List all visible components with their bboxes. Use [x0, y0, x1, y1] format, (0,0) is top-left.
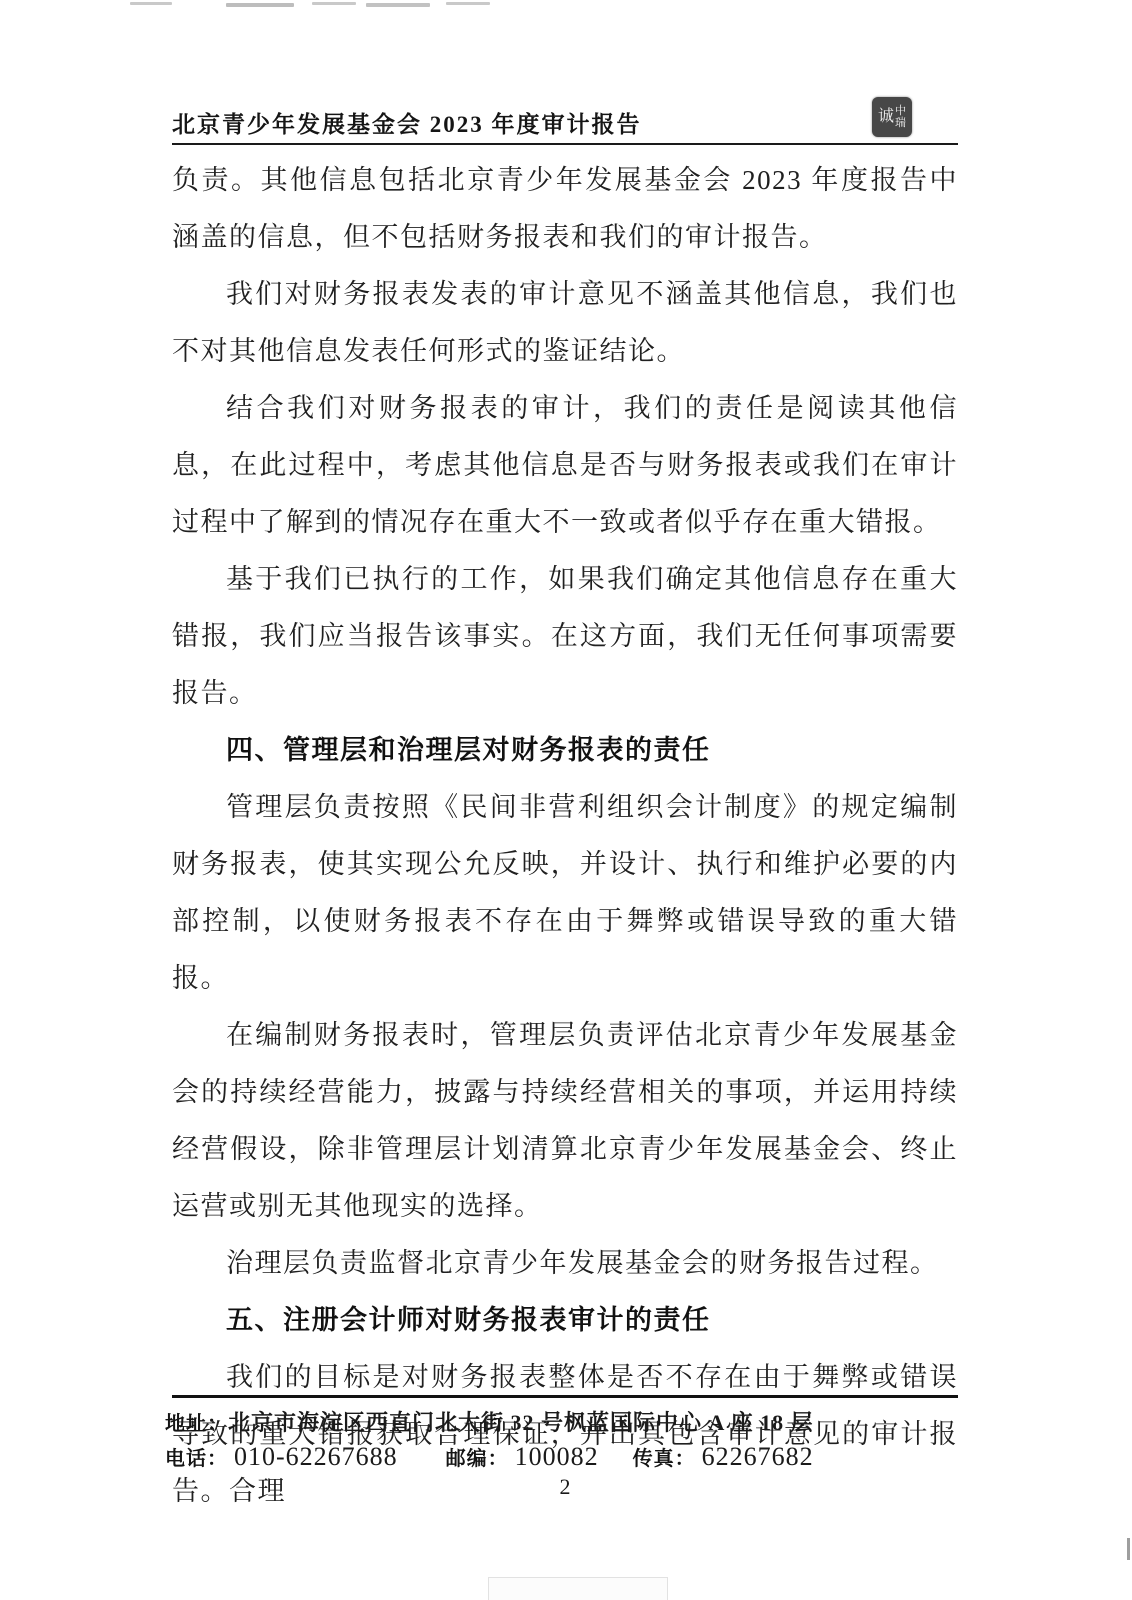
audit-firm-seal-logo: 诚 中 瑞 — [872, 97, 912, 137]
footer-contact-line: 电话： 010-62267688 邮编： 100082 传真： 62267682 — [165, 1442, 814, 1472]
seal-char-zhong: 中 — [895, 105, 906, 117]
seal-char-rui: 瑞 — [895, 117, 906, 129]
page-number: 2 — [172, 1474, 958, 1500]
scan-artifact — [130, 2, 172, 5]
paragraph-governance-oversight: 治理层负责监督北京青少年发展基金会的财务报告过程。 — [172, 1235, 958, 1292]
scan-artifact — [366, 3, 430, 7]
header-divider — [172, 143, 958, 145]
fax-value: 62267682 — [702, 1442, 814, 1472]
paragraph-audit-opinion-scope: 我们对财务报表发表的审计意见不涵盖其他信息，我们也不对其他信息发表任何形式的鉴证… — [172, 266, 958, 380]
postal-code-label: 邮编： — [446, 1442, 509, 1471]
phone-value: 010-62267688 — [234, 1442, 398, 1472]
section-heading-5-cpa-responsibility: 五、注册会计师对财务报表审计的责任 — [172, 1292, 958, 1349]
paragraph-report-misstatement: 基于我们已执行的工作，如果我们确定其他信息存在重大错报，我们应当报告该事实。在这… — [172, 551, 958, 722]
scan-artifact — [446, 2, 490, 5]
document-body: 负责。其他信息包括北京青少年发展基金会 2023 年度报告中涵盖的信息，但不包括… — [172, 152, 958, 1520]
footer-divider — [172, 1395, 958, 1398]
seal-char-cheng: 诚 — [878, 109, 894, 125]
audit-report-page: 北京青少年发展基金会 2023 年度审计报告 诚 中 瑞 负责。其他信息包括北京… — [0, 0, 1132, 1600]
fax-label: 传真： — [633, 1442, 696, 1471]
postal-code-value: 100082 — [515, 1442, 599, 1472]
paragraph-other-info-continued: 负责。其他信息包括北京青少年发展基金会 2023 年度报告中涵盖的信息，但不包括… — [172, 152, 958, 266]
seal-right-column: 中 瑞 — [895, 105, 906, 129]
phone-label: 电话： — [165, 1442, 228, 1471]
paragraph-going-concern: 在编制财务报表时，管理层负责评估北京青少年发展基金会的持续经营能力，披露与持续经… — [172, 1007, 958, 1235]
paragraph-reading-other-info: 结合我们对财务报表的审计，我们的责任是阅读其他信息，在此过程中，考虑其他信息是否… — [172, 380, 958, 551]
paragraph-management-prepare-statements: 管理层负责按照《民间非营利组织会计制度》的规定编制财务报表，使其实现公允反映，并… — [172, 779, 958, 1007]
scan-artifact — [226, 3, 294, 7]
address-value: 北京市海淀区西直门北大街 32 号枫蓝国际中心 A 座 18 层 — [228, 1406, 814, 1437]
scan-artifact — [312, 2, 356, 5]
scan-artifact-box — [488, 1577, 668, 1600]
address-label: 地址： — [165, 1407, 228, 1436]
running-header-title: 北京青少年发展基金会 2023 年度审计报告 — [172, 106, 642, 139]
footer-address-line: 地址： 北京市海淀区西直门北大街 32 号枫蓝国际中心 A 座 18 层 — [165, 1406, 814, 1437]
scan-artifact — [1127, 1538, 1130, 1560]
section-heading-4-management-responsibility: 四、管理层和治理层对财务报表的责任 — [172, 722, 958, 779]
